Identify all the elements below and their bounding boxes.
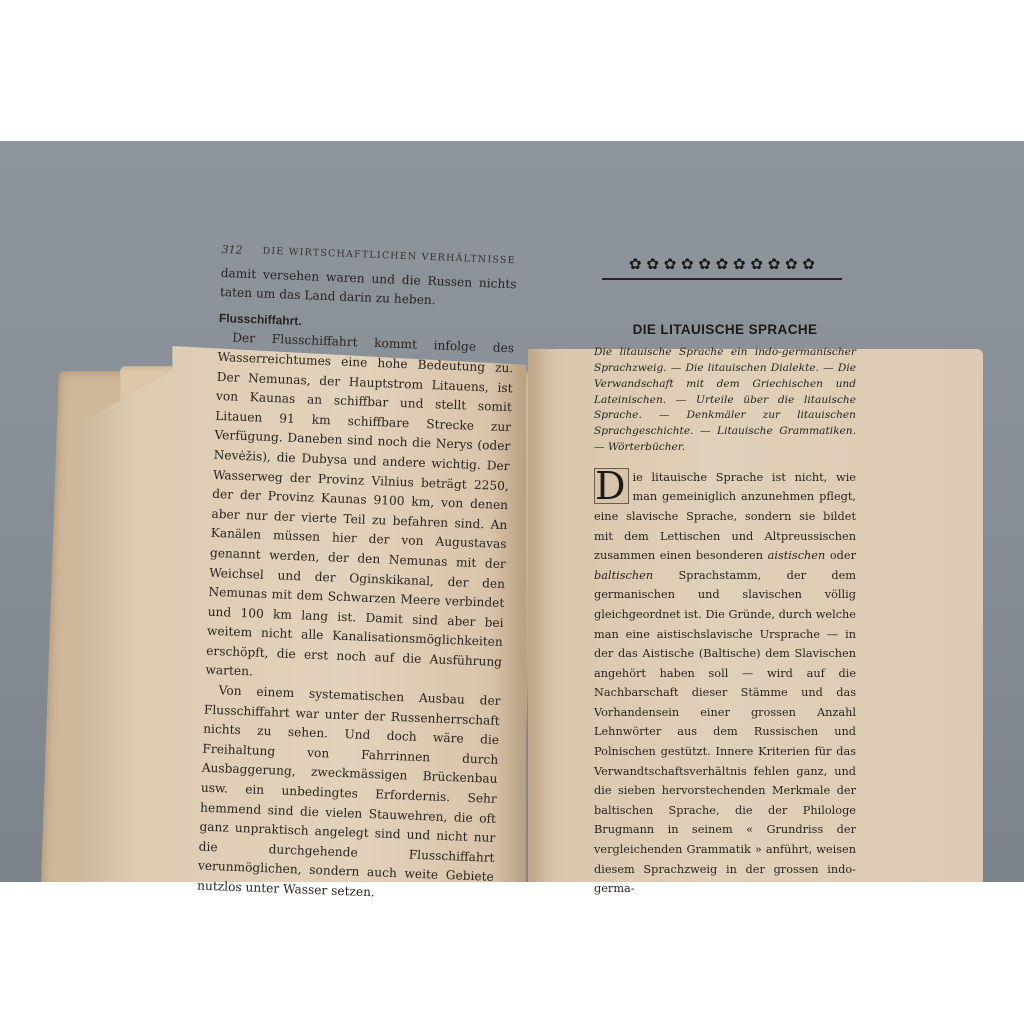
italic-term-aistischen: aistischen: [768, 549, 826, 562]
opening-text: damit versehen waren und die Russen nich…: [220, 264, 517, 315]
chapter-title: DIE LITAUISCHE SPRACHE: [594, 320, 856, 340]
right-page-text: ✿ ✿ ✿ ✿ ✿ ✿ ✿ ✿ ✿ ✿ ✿ DIE LITAUISCHE SPR…: [594, 255, 856, 899]
page-number: 312: [221, 240, 243, 260]
left-page-text: 312 DIE WIRTSCHAFTLICHEN VERHÄLTNISSE da…: [197, 240, 518, 907]
drop-cap: D: [594, 468, 629, 504]
paragraph-1: Der Flusschiffahrt kommt infolge des Was…: [205, 328, 514, 692]
body-rest: Sprachstamm, der dem germanischen und sl…: [594, 569, 856, 896]
italic-term-baltischen: baltischen: [594, 569, 653, 582]
chapter-summary: Die litauische Sprache ein indo-germanis…: [594, 345, 856, 456]
connector: oder: [825, 549, 856, 562]
chapter-body: Die litauische Sprache ist nicht, wie ma…: [594, 468, 856, 899]
paragraph-2: Von einem systematischen Ausbau der Flus…: [197, 681, 501, 908]
floral-ornament: ✿ ✿ ✿ ✿ ✿ ✿ ✿ ✿ ✿ ✿ ✿: [602, 255, 842, 280]
